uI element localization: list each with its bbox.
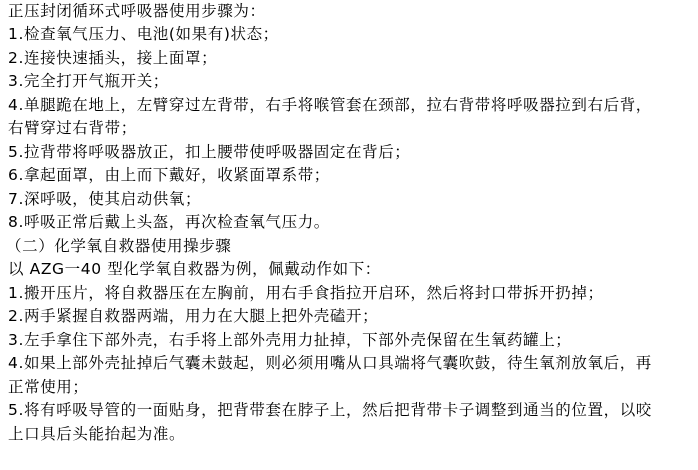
self-rescuer-step-5-cont: 上口具后头能抬起为准。 [8, 423, 185, 446]
self-rescuer-intro: 以 AZG一40 型化学氧自救器为例，佩戴动作如下： [8, 258, 381, 281]
respirator-step-5: 5.拉背带将呼吸器放正，扣上腰带使呼吸器固定在背后； [8, 141, 410, 164]
respirator-step-8: 8.呼吸正常后戴上头盔，再次检查氧气压力。 [8, 211, 330, 234]
section-intro-heading: 正压封闭循环式呼吸器使用步骤为： [8, 0, 266, 23]
respirator-step-1: 1.检查氧气压力、电池(如果有)状态； [8, 23, 279, 46]
respirator-step-3: 3.完全打开气瓶开关； [8, 70, 169, 93]
respirator-step-4-cont: 右臂穿过右背带； [8, 117, 137, 140]
respirator-step-6: 6.拿起面罩，由上而下戴好，收紧面罩系带； [8, 164, 330, 187]
self-rescuer-step-4: 4.如果上部外壳扯掉后气囊未鼓起，则必须用嘴从口具端将气囊吹鼓，待生氧剂放氧后，… [8, 352, 652, 375]
document-page: 正压封闭循环式呼吸器使用步骤为： 1.检查氧气压力、电池(如果有)状态； 2.连… [0, 0, 698, 470]
section-2-heading: （二）化学氧自救器使用操步骤 [6, 235, 231, 258]
self-rescuer-step-1: 1.搬开压片，将自救器压在左胸前，用右手食指拉开启环，然后将封口带拆开扔掉； [8, 282, 604, 305]
respirator-step-4: 4.单腿跪在地上，左臂穿过左背带，右手将喉管套在颈部，拉右背带将呼吸器拉到右后背… [8, 94, 652, 117]
self-rescuer-step-4-cont: 正常使用； [8, 376, 89, 399]
self-rescuer-step-3: 3.左手拿住下部外壳，右手将上部外壳用力扯掉，下部外壳保留在生氧药罐上； [8, 329, 571, 352]
respirator-step-7: 7.深呼吸，使其启动供氧； [8, 188, 201, 211]
self-rescuer-step-5: 5.将有呼吸导管的一面贴身，把背带套在脖子上，然后把背带卡子调整到通当的位置，以… [8, 399, 652, 422]
self-rescuer-step-2: 2.两手紧握自救器两端，用力在大腿上把外壳磕开； [8, 305, 378, 328]
respirator-step-2: 2.连接快速插头，接上面罩； [8, 47, 217, 70]
